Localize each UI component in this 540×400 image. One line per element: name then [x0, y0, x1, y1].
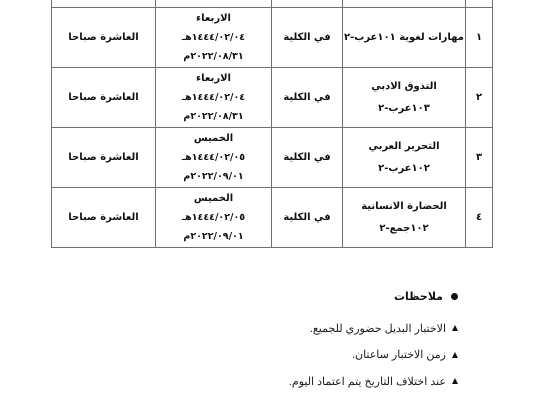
header-cell-time: الوقت [52, 0, 156, 8]
course-name: التذوق الادبي [343, 76, 465, 98]
row-number: ٢ [466, 68, 493, 128]
notes-heading: ملاحظات [158, 286, 458, 306]
triangle-bullet-icon [452, 378, 458, 384]
day-name: الاربعاء [156, 9, 271, 28]
gregorian-date: ٢٠٢٢/٠٨/٣١م [156, 47, 271, 66]
time-cell: العاشرة صباحا [52, 128, 156, 188]
course-cell: التذوق الادبي ١٠٣عرب-٢ [343, 68, 466, 128]
date-cell: الاربعاء ١٤٤٤/٠٢/٠٤هـ ٢٠٢٢/٠٨/٣١م [156, 8, 272, 68]
table-row: ٣ التحرير العربي ١٠٢عرب-٢ في الكلية الخم… [52, 128, 493, 188]
header-cell-course: المقرر [343, 0, 466, 8]
day-name: الخميس [156, 129, 271, 148]
document-page: م المقرر المكان اليوم والتاريخ الوقت ١ م… [0, 0, 540, 400]
table-row: ١ مهارات لغوية ١٠١عرب-٢ في الكلية الاربع… [52, 8, 493, 68]
bullet-dot-icon [451, 293, 458, 300]
note-item: الاختبار البديل حضوري للجميع. [158, 315, 458, 342]
place-cell: في الكلية [272, 128, 343, 188]
place-cell: في الكلية [272, 68, 343, 128]
day-name: الاربعاء [156, 69, 271, 88]
triangle-bullet-icon [452, 352, 458, 358]
place-cell: في الكلية [272, 8, 343, 68]
table-row: ٤ الحضارة الانسانية ١٠٢جمع-٢ في الكلية ا… [52, 188, 493, 248]
course-name: مهارات لغوية ١٠١عرب-٢ [343, 27, 465, 49]
row-number: ١ [466, 8, 493, 68]
course-name: الحضارة الانسانية [343, 196, 465, 218]
row-number: ٤ [466, 188, 493, 248]
place-cell: في الكلية [272, 188, 343, 248]
course-code: ١٠٢عرب-٢ [343, 158, 465, 180]
notes-list: الاختبار البديل حضوري للجميع. زمن الاختب… [158, 315, 458, 395]
hijri-date: ١٤٤٤/٠٢/٠٥هـ [156, 148, 271, 167]
header-cell-place: المكان [272, 0, 343, 8]
date-cell: الخميس ١٤٤٤/٠٢/٠٥هـ ٢٠٢٢/٠٩/٠١م [156, 128, 272, 188]
notes-section: ملاحظات الاختبار البديل حضوري للجميع. زم… [158, 286, 458, 395]
time-cell: العاشرة صباحا [52, 68, 156, 128]
date-cell: الخميس ١٤٤٤/٠٢/٠٥هـ ٢٠٢٢/٠٩/٠١م [156, 188, 272, 248]
course-code: ١٠٣عرب-٢ [343, 98, 465, 120]
note-text: زمن الاختبار ساعتان. [352, 348, 446, 361]
course-cell: التحرير العربي ١٠٢عرب-٢ [343, 128, 466, 188]
hijri-date: ١٤٤٤/٠٢/٠٤هـ [156, 28, 271, 47]
date-cell: الاربعاء ١٤٤٤/٠٢/٠٤هـ ٢٠٢٢/٠٨/٣١م [156, 68, 272, 128]
course-code: ١٠٢جمع-٢ [343, 218, 465, 240]
note-item: زمن الاختبار ساعتان. [158, 342, 458, 369]
notes-title: ملاحظات [394, 290, 443, 303]
course-cell: الحضارة الانسانية ١٠٢جمع-٢ [343, 188, 466, 248]
course-cell: مهارات لغوية ١٠١عرب-٢ [343, 8, 466, 68]
hijri-date: ١٤٤٤/٠٢/٠٥هـ [156, 208, 271, 227]
header-cell-date: اليوم والتاريخ [156, 0, 272, 8]
day-name: الخميس [156, 189, 271, 208]
table-header-row: م المقرر المكان اليوم والتاريخ الوقت [52, 0, 493, 8]
triangle-bullet-icon [452, 325, 458, 331]
gregorian-date: ٢٠٢٢/٠٩/٠١م [156, 227, 271, 246]
note-item: عند اختلاف التاريخ يتم اعتماد اليوم. [158, 368, 458, 395]
exam-schedule-table: م المقرر المكان اليوم والتاريخ الوقت ١ م… [51, 0, 493, 248]
note-text: الاختبار البديل حضوري للجميع. [310, 322, 446, 335]
header-cell-num: م [466, 0, 493, 8]
gregorian-date: ٢٠٢٢/٠٩/٠١م [156, 167, 271, 186]
gregorian-date: ٢٠٢٢/٠٨/٣١م [156, 107, 271, 126]
note-text: عند اختلاف التاريخ يتم اعتماد اليوم. [289, 375, 446, 388]
time-cell: العاشرة صباحا [52, 188, 156, 248]
course-name: التحرير العربي [343, 136, 465, 158]
time-cell: العاشرة صباحا [52, 8, 156, 68]
hijri-date: ١٤٤٤/٠٢/٠٤هـ [156, 88, 271, 107]
table-row: ٢ التذوق الادبي ١٠٣عرب-٢ في الكلية الارب… [52, 68, 493, 128]
row-number: ٣ [466, 128, 493, 188]
